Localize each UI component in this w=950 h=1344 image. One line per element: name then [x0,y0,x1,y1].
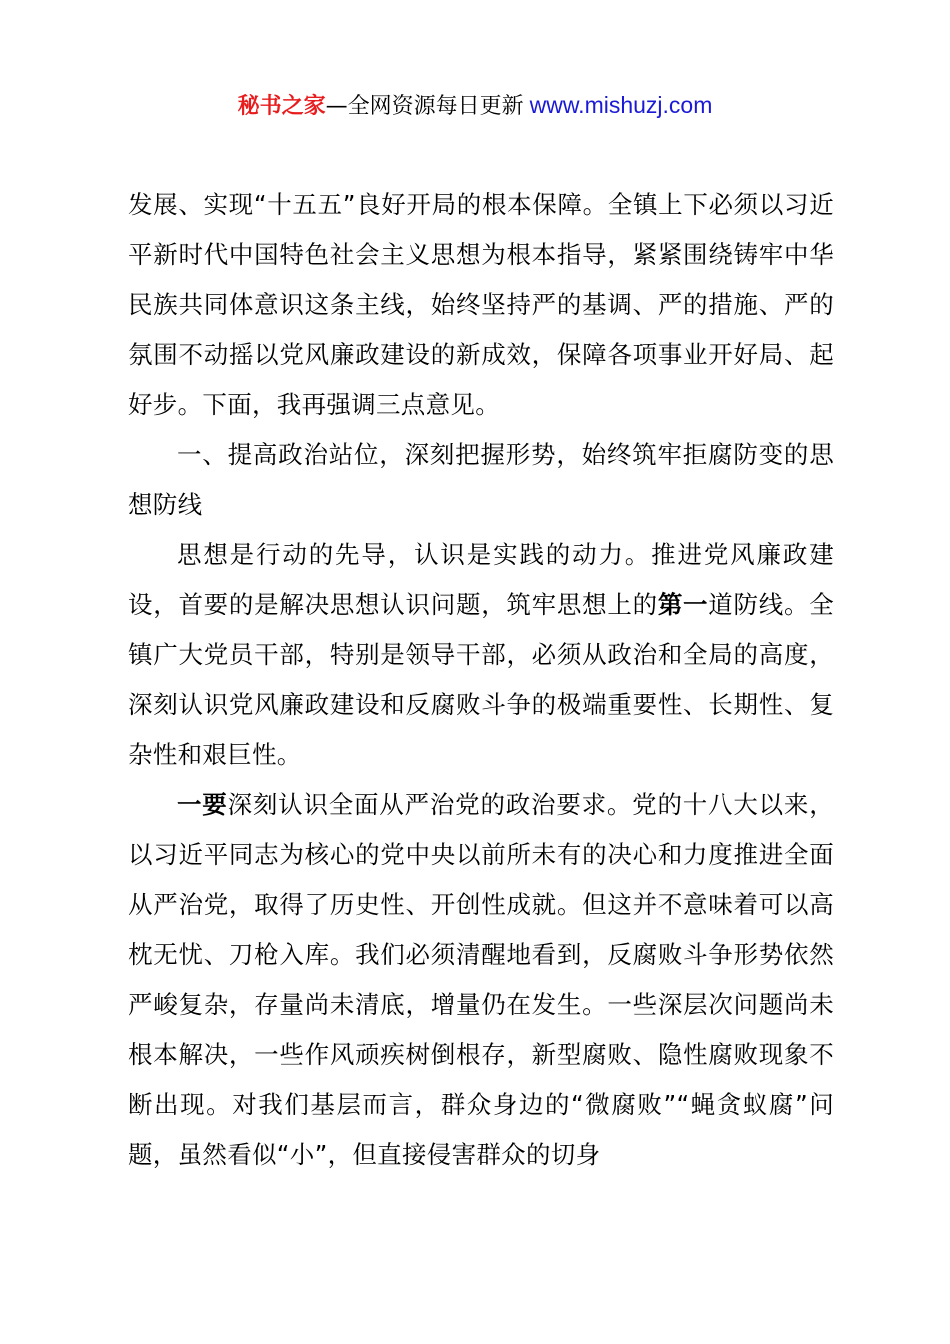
paragraph-thought-defense: 思想是行动的先导，认识是实践的动力。推进党风廉政建设，首要的是解决思想认识问题，… [128,530,834,780]
paragraph-text: 深刻认识全面从严治党的政治要求。党的十八大以来，以习近平同志为核心的党中央以前所… [128,790,834,1169]
banner-tagline: —全网资源每日更新 [326,94,524,119]
paragraph-intro: 发展、实现“十五五”良好开局的根本保障。全镇上下必须以习近平新时代中国特色社会主… [128,180,834,430]
point-lead-label: 一要 [177,790,228,819]
section-heading-1: 一、提高政治站位，深刻把握形势，始终筑牢拒腐防变的思想防线 [128,430,834,530]
document-body: 发展、实现“十五五”良好开局的根本保障。全镇上下必须以习近平新时代中国特色社会主… [128,180,834,1180]
site-url-link[interactable]: www.mishuzj.com [530,92,713,118]
brand-name: 秘书之家 [238,94,326,119]
emphasis-first: 第一 [658,590,708,619]
site-banner: 秘书之家—全网资源每日更新www.mishuzj.com [0,88,950,124]
paragraph-point-one: 一要深刻认识全面从严治党的政治要求。党的十八大以来，以习近平同志为核心的党中央以… [128,780,834,1180]
